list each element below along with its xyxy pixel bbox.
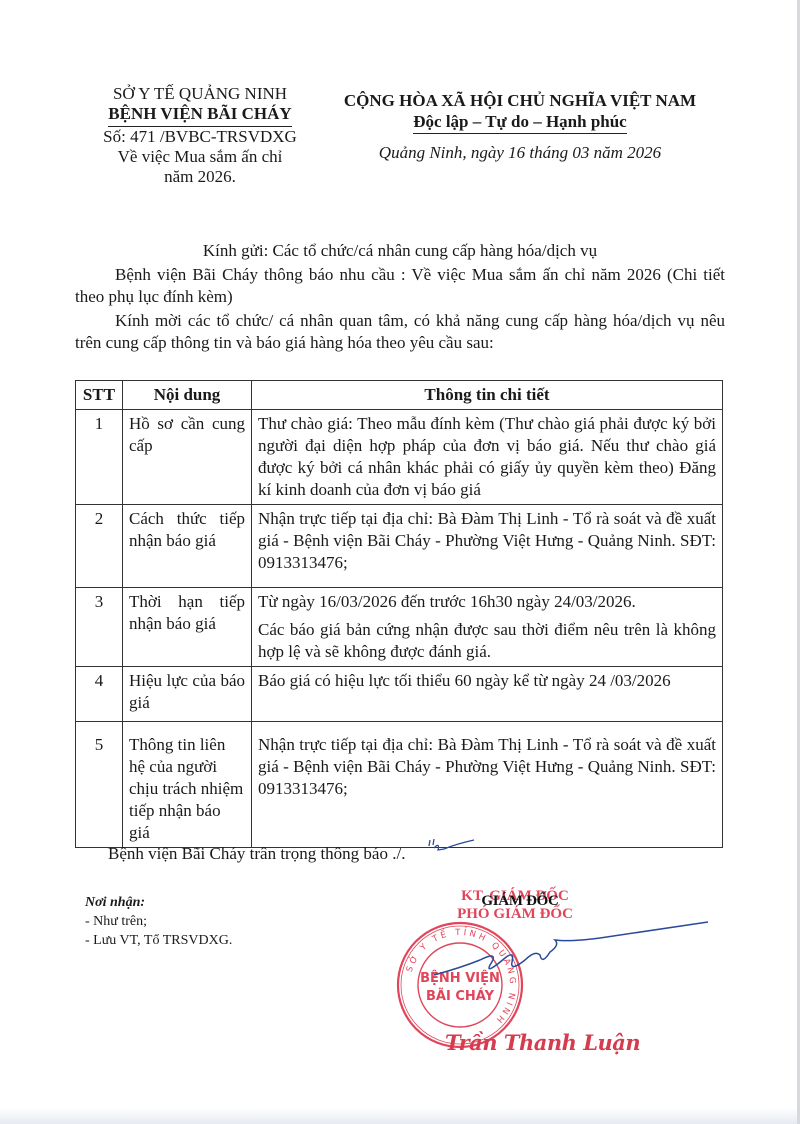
national-header: CỘNG HÒA XÃ HỘI CHỦ NGHĨA VIỆT NAM Độc l… <box>320 90 720 134</box>
row-content: Cách thức tiếp nhận báo giá <box>123 505 252 588</box>
table-row: 5 Thông tin liên hệ của người chịu trách… <box>76 722 723 848</box>
place-date: Quảng Ninh, ngày 16 tháng 03 năm 2026 <box>330 143 710 163</box>
notice-paragraph: Bệnh viện Bãi Cháy thông báo nhu cầu : V… <box>75 264 725 308</box>
requirements-table: STT Nội dung Thông tin chi tiết 1 Hồ sơ … <box>75 380 723 848</box>
agency-name: SỞ Y TẾ QUẢNG NINH <box>60 84 340 104</box>
row-stt: 1 <box>76 410 123 505</box>
scan-edge-shadow <box>0 1108 800 1124</box>
recipients-title: Nơi nhận: <box>85 893 232 912</box>
recipient-item: - Lưu VT, Tổ TRSVDXG. <box>85 931 232 950</box>
row-content: Thông tin liên hệ của người chịu trách n… <box>123 722 252 848</box>
table-header-row: STT Nội dung Thông tin chi tiết <box>76 381 723 410</box>
row-content: Thời hạn tiếp nhận báo giá <box>123 588 252 667</box>
row-content: Hiệu lực của báo giá <box>123 667 252 722</box>
row-stt: 5 <box>76 722 123 848</box>
national-title: CỘNG HÒA XÃ HỘI CHỦ NGHĨA VIỆT NAM <box>320 90 720 111</box>
signature-scribble-icon <box>430 920 710 990</box>
row-content: Hồ sơ cần cung cấp <box>123 410 252 505</box>
row-detail: Nhận trực tiếp tại địa chỉ: Bà Đàm Thị L… <box>252 505 723 588</box>
table-row: 3 Thời hạn tiếp nhận báo giá Từ ngày 16/… <box>76 588 723 667</box>
subject-line-2: năm 2026. <box>60 167 340 187</box>
row-detail: Báo giá có hiệu lực tối thiểu 60 ngày kể… <box>252 667 723 722</box>
svg-text:BÃI CHÁY: BÃI CHÁY <box>426 988 495 1004</box>
document-number: Số: 471 /BVBC-TRSVDXG <box>60 127 340 147</box>
greeting: Kính gửi: Các tổ chức/cá nhân cung cấp h… <box>75 240 725 262</box>
invite-paragraph: Kính mời các tổ chức/ cá nhân quan tâm, … <box>75 310 725 354</box>
subject-line-1: Về việc Mua sắm ấn chỉ <box>60 147 340 167</box>
table-row: 2 Cách thức tiếp nhận báo giá Nhận trực … <box>76 505 723 588</box>
national-motto: Độc lập – Tự do – Hạnh phúc <box>413 111 626 134</box>
row-detail: Thư chào giá: Theo mẫu đính kèm (Thư chà… <box>252 410 723 505</box>
row-detail: Nhận trực tiếp tại địa chỉ: Bà Đàm Thị L… <box>252 722 723 848</box>
recipients-block: Nơi nhận: - Như trên; - Lưu VT, Tổ TRSVD… <box>85 893 232 950</box>
row-detail: Từ ngày 16/03/2026 đến trước 16h30 ngày … <box>252 588 723 667</box>
header-detail: Thông tin chi tiết <box>252 381 723 410</box>
signer-name: Trần Thanh Luận <box>445 1030 640 1055</box>
row-stt: 3 <box>76 588 123 667</box>
printed-title: GIÁM ĐỐC <box>450 893 590 910</box>
header-stt: STT <box>76 381 123 410</box>
header-content: Nội dung <box>123 381 252 410</box>
table-row: 4 Hiệu lực của báo giá Báo giá có hiệu l… <box>76 667 723 722</box>
closing-line: Bệnh viện Bãi Cháy trân trọng thông báo … <box>108 844 405 864</box>
table-row: 1 Hồ sơ cần cung cấp Thư chào giá: Theo … <box>76 410 723 505</box>
initial-mark-icon <box>426 836 476 858</box>
issuer-header: SỞ Y TẾ QUẢNG NINH BỆNH VIỆN BÃI CHÁY Số… <box>60 84 340 187</box>
hospital-name: BỆNH VIỆN BÃI CHÁY <box>108 104 291 127</box>
recipient-item: - Như trên; <box>85 912 232 931</box>
row-stt: 4 <box>76 667 123 722</box>
row-stt: 2 <box>76 505 123 588</box>
